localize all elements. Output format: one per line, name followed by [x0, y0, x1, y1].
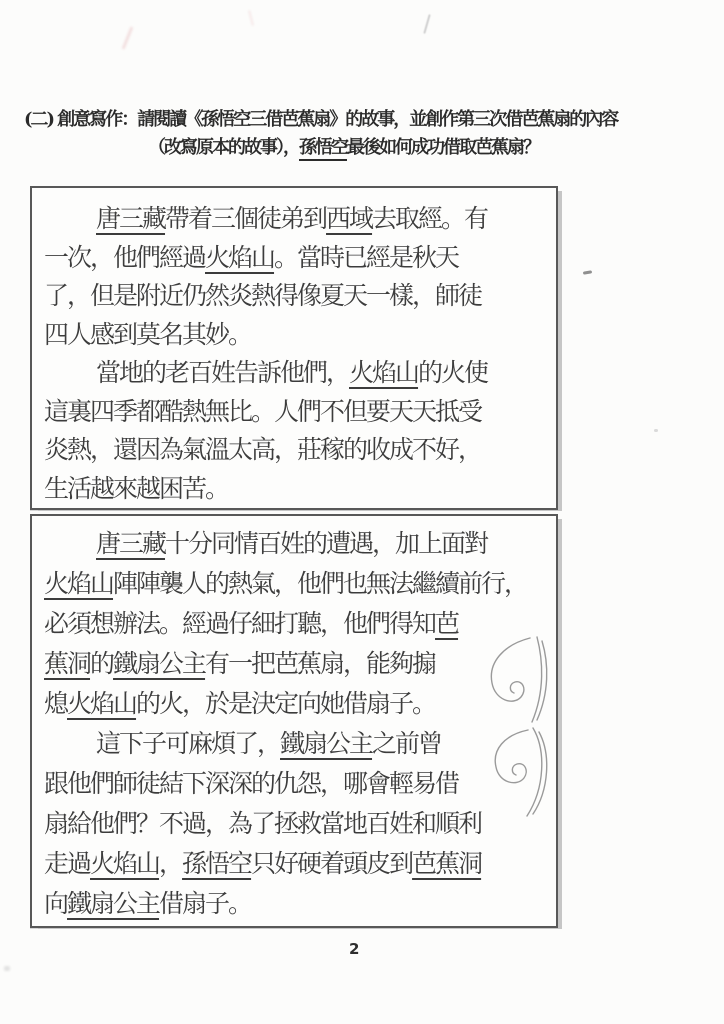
story-box-1: 唐三藏帶着三個徒弟到西域去取經。有一次，他們經過火焰山。當時已經是秋天了，但是附…: [30, 186, 558, 510]
underlined-proper-noun: 唐三藏: [96, 529, 165, 558]
scan-artifact: [583, 270, 592, 275]
page-number: 2: [349, 940, 359, 958]
scan-artifact: [654, 429, 658, 432]
scan-artifact: [122, 26, 134, 49]
scanned-page: { "document": { "kind": "scanned Chinese…: [0, 0, 724, 1024]
text-segment: ，: [159, 849, 182, 878]
text-segment: 了，但是附近仍然炎熱得像夏天一樣，師徒: [44, 281, 481, 310]
text-segment: 有一把芭蕉扇，能夠搧: [205, 649, 435, 678]
text-line: (二) 創意寫作：請閱讀《孫悟空三借芭蕉扇》的故事，並創作第三次借芭蕉扇的內容: [24, 106, 710, 134]
underlined-proper-noun: 鐵扇公主: [280, 729, 372, 758]
text-line: 這裏四季都酷熱無比。人們不但要天天抵受: [44, 393, 544, 432]
text-line: 走過火焰山，孫悟空只好硬着頭皮到芭蕉洞: [44, 844, 544, 884]
underlined-proper-noun: 芭蕉洞: [412, 849, 481, 878]
underlined-proper-noun: 蕉洞: [44, 649, 90, 678]
text-segment: 只好硬着頭皮到: [251, 849, 412, 878]
text-line: 蕉洞的鐵扇公主有一把芭蕉扇，能夠搧: [44, 644, 544, 684]
text-line: 必須想辦法。經過仔細打聽，他們得知芭: [44, 604, 544, 644]
text-line: 炎熱，還因為氣溫太高，莊稼的收成不好，: [44, 431, 544, 470]
text-line: （改寫原本的故事），孫悟空最後如何成功借取芭蕉扇？: [24, 134, 710, 162]
text-segment: 最後如何成功借取芭蕉扇？: [347, 137, 539, 158]
text-segment: 四人感到莫名其妙。: [44, 320, 251, 349]
text-segment: 陣陣襲人的熱氣，他們也無法繼續前行，: [113, 569, 527, 598]
text-segment: 熄: [44, 689, 67, 718]
text-line: 唐三藏十分同情百姓的遭遇，加上面對: [44, 524, 544, 564]
text-line: 了，但是附近仍然炎熱得像夏天一樣，師徒: [44, 277, 544, 316]
text-line: 向鐵扇公主借扇子。: [44, 884, 544, 924]
underlined-proper-noun: 火焰山: [90, 849, 159, 878]
text-segment: 之前曾: [372, 729, 441, 758]
underlined-proper-noun: 火焰山: [205, 243, 274, 272]
text-segment: 跟他們師徒結下深深的仇怨，哪會輕易借: [44, 769, 458, 798]
underlined-proper-noun: 火焰山: [44, 569, 113, 598]
text-line: 熄火焰山的火，於是決定向她借扇子。: [44, 684, 544, 724]
text-segment: 這裏四季都酷熱無比。人們不但要天天抵受: [44, 397, 481, 426]
underlined-proper-noun: 唐三藏: [96, 204, 165, 233]
text-segment: (二) 創意寫作：請閱讀《孫悟空三借芭蕉扇》的故事，並創作第三次借芭蕉扇的內容: [24, 109, 617, 130]
underlined-proper-noun: 西域: [326, 204, 372, 233]
text-segment: 生活越來越困苦。: [44, 474, 228, 503]
assignment-prompt: (二) 創意寫作：請閱讀《孫悟空三借芭蕉扇》的故事，並創作第三次借芭蕉扇的內容（…: [24, 106, 710, 162]
text-segment: 。當時已經是秋天: [274, 243, 458, 272]
story-box-2: 唐三藏十分同情百姓的遭遇，加上面對火焰山陣陣襲人的熱氣，他們也無法繼續前行，必須…: [30, 514, 558, 928]
text-segment: （改寫原本的故事），: [148, 137, 299, 158]
text-line: 四人感到莫名其妙。: [44, 316, 544, 355]
text-segment: 的火使: [418, 358, 487, 387]
underlined-proper-noun: 芭: [435, 609, 458, 638]
text-segment: 向: [44, 889, 67, 918]
underlined-proper-noun: 孫悟空: [182, 849, 251, 878]
text-segment: 一次，他們經過: [44, 243, 205, 272]
text-segment: 的: [90, 649, 113, 678]
text-segment: 十分同情百姓的遭遇，加上面對: [165, 529, 487, 558]
text-segment: 借扇子。: [159, 889, 251, 918]
text-line: 跟他們師徒結下深深的仇怨，哪會輕易借: [44, 764, 544, 804]
text-segment: 走過: [44, 849, 90, 878]
underlined-proper-noun: 鐵扇公主: [67, 889, 159, 918]
text-segment: 去取經。有: [372, 204, 487, 233]
scan-artifact: [4, 966, 10, 971]
text-segment: 的火，於是決定向她借扇子。: [136, 689, 435, 718]
text-segment: 當地的老百姓告訴他們，: [96, 358, 349, 387]
text-line: 唐三藏帶着三個徒弟到西域去取經。有: [44, 200, 544, 239]
underlined-proper-noun: 火焰山: [67, 689, 136, 718]
scan-artifact: [248, 10, 254, 26]
text-segment: 帶着三個徒弟到: [165, 204, 326, 233]
text-line: 火焰山陣陣襲人的熱氣，他們也無法繼續前行，: [44, 564, 544, 604]
underlined-proper-noun: 孫悟空: [299, 137, 347, 158]
underlined-proper-noun: 火焰山: [349, 358, 418, 387]
text-line: 一次，他們經過火焰山。當時已經是秋天: [44, 239, 544, 278]
text-line: 扇給他們？不過，為了拯救當地百姓和順利: [44, 804, 544, 844]
text-line: 生活越來越困苦。: [44, 470, 544, 509]
swirl-flourish-ornament: [483, 636, 555, 828]
text-line: 當地的老百姓告訴他們，火焰山的火使: [44, 354, 544, 393]
text-segment: 必須想辦法。經過仔細打聽，他們得知: [44, 609, 435, 638]
scan-artifact: [423, 14, 430, 34]
text-segment: 炎熱，還因為氣溫太高，莊稼的收成不好，: [44, 435, 481, 464]
text-line: 這下子可麻煩了，鐵扇公主之前曾: [44, 724, 544, 764]
underlined-proper-noun: 鐵扇公主: [113, 649, 205, 678]
text-segment: 這下子可麻煩了，: [96, 729, 280, 758]
text-segment: 扇給他們？不過，為了拯救當地百姓和順利: [44, 809, 481, 838]
